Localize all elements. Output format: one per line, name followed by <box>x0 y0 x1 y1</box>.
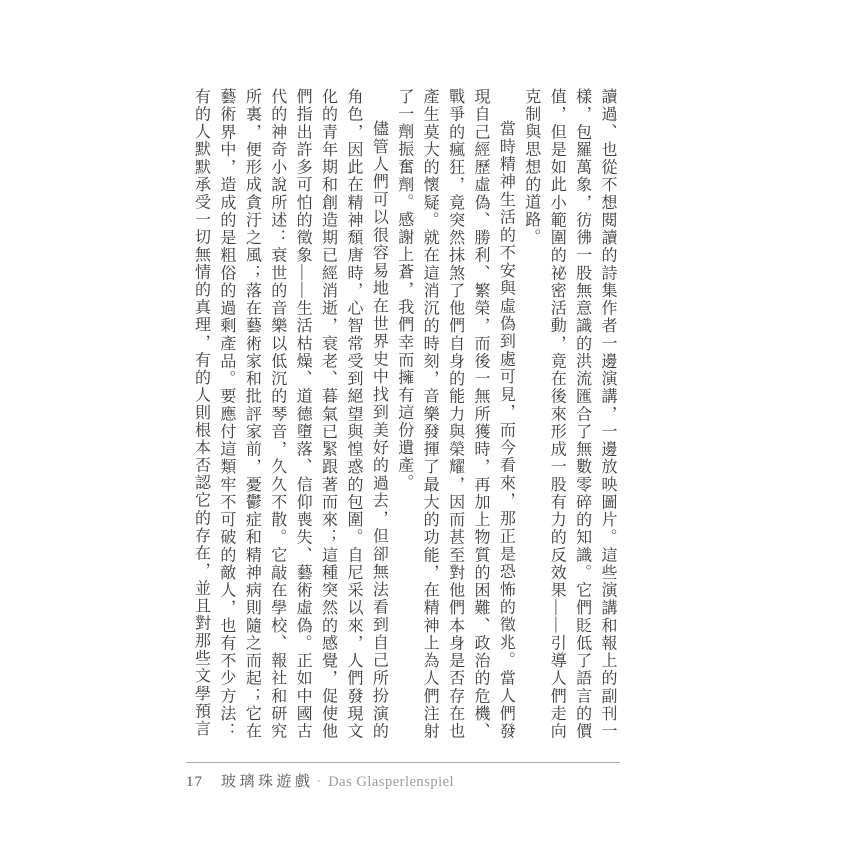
body-paragraph: 當時精神生活的不安與虛偽到處可見，而今看來，那正是恐怖的徵兆。當人們發現自己經歷… <box>391 88 518 740</box>
footer-separator-dot: · <box>317 775 322 791</box>
body-text: 讀過、也從不想閱讀的詩集作者一邊演講，一邊放映圖片。這些演講和報上的副刊一樣，包… <box>188 88 620 740</box>
body-paragraph: 讀過、也從不想閱讀的詩集作者一邊演講，一邊放映圖片。這些演講和報上的副刊一樣，包… <box>518 88 620 740</box>
body-paragraph: 儘管人們可以很容易地在世界史中找到美好的過去，但卻無法看到自己所扮演的角色，因此… <box>188 88 391 740</box>
book-title-chinese: 玻璃珠遊戲 <box>221 770 314 791</box>
page-number: 17 <box>186 774 203 791</box>
footer-rule <box>186 762 620 763</box>
page-footer: 17 玻璃珠遊戲 · Das Glasperlenspiel <box>186 770 454 791</box>
book-title-german: Das Glasperlenspiel <box>328 774 454 791</box>
book-page: 讀過、也從不想閱讀的詩集作者一邊演講，一邊放映圖片。這些演講和報上的副刊一樣，包… <box>0 0 850 850</box>
